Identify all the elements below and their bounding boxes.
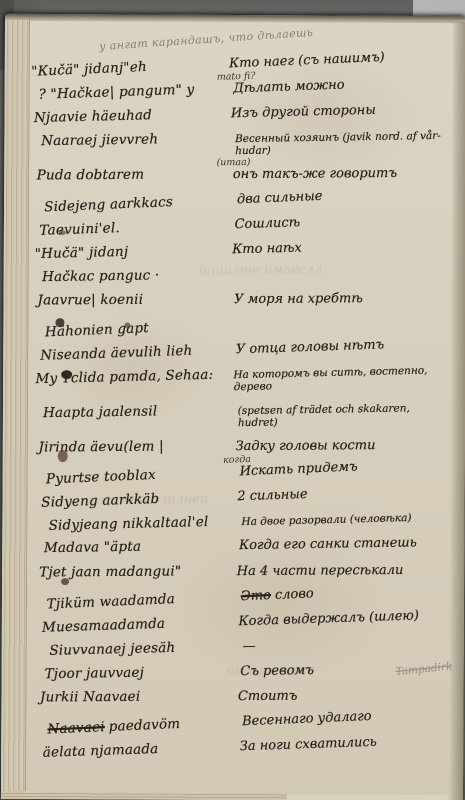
entry-row: Muesamaadamda Когда выдержалъ (шлею) (42, 607, 452, 636)
entry-translation: Стоитъ (238, 688, 453, 704)
entry-word: Sidyeng aarkkäb (41, 489, 230, 510)
entry-row: Tjoor jauvvaej Съ ревомъ Tampadirk (45, 660, 453, 681)
entry-word: Pyurtse tooblax (46, 465, 232, 487)
crossed-out-pencil-note: Tampadirk (395, 661, 453, 678)
manuscript-page: шишлте имаеслл мллcounш шлнеи шеишл нлме… (26, 22, 453, 795)
entry-word: Sidyjeang nikkaltaal'el (48, 514, 233, 533)
entry-word: "Hučä" jidanj (35, 243, 225, 262)
entry-row: ? "Hačkae| pangum" у mato fi? Дѣлать мож… (38, 74, 444, 102)
struck-word: Naavaei (47, 719, 105, 737)
entry-word: Tjet jaan madangui" (39, 564, 229, 580)
inserted-word-above-line: mato fi? (217, 72, 256, 84)
entry-translation: На которомъ вы ситѣ, востепно, дерево (233, 364, 449, 393)
entry-translation (238, 319, 447, 328)
entry-translation: Дѣлать можно (233, 75, 445, 96)
entry-word: Hähonien gapt (45, 318, 231, 340)
entry-translation: Сошлисѣ (234, 212, 446, 233)
entry-word: Puda dobtarem (37, 167, 225, 183)
entry-row: Jaavrue| koenii У моря на хребтѣ (37, 291, 447, 309)
entry-translation: Изъ другой стороны (231, 102, 445, 121)
entry-translation: На двое разорвали (человѣка) (241, 511, 450, 528)
entry-word: Hačkac pangис · (42, 268, 229, 286)
entry-word: Naaraej jievvreh (41, 131, 227, 148)
entry-row: Tjet jaan madangui" На 4 части пересѣкал… (39, 562, 451, 580)
entry-word: Njaavie häeuhad (34, 107, 223, 126)
entry-word: Niseanda äevulih lieh (40, 342, 228, 363)
entry-word: Haapta jaalensil (43, 403, 230, 421)
entry-row: äelata njamaada За ноги схватились (43, 732, 454, 761)
entry-word: Naavaeipaedavöm (47, 714, 234, 736)
entry-row: Haapta jaalensil (spetsen af trädet och … (43, 399, 449, 431)
entry-translation: Когда выдержалъ (шлею) (238, 608, 452, 629)
entry-translation (236, 275, 447, 278)
notebook: шишлте имаеслл мллcounш шлнеи шеишл нлме… (1, 14, 465, 800)
entry-row: Naaraej jievvreh Весенный хозяинъ (javik… (41, 128, 445, 160)
entry-translation: (spetsen af trädet och skakaren, hudret) (238, 401, 450, 428)
photo-of-notebook: шишлте имаеслл мллcounш шлнеи шеишл нлме… (0, 0, 465, 800)
entry-row: Njaavie häeuhad Изъ другой стороны (34, 101, 445, 126)
entry-word: Jirinda äevu(lem | (38, 439, 227, 455)
entry-row: Pyurtse tooblax когда Искать придемъ (46, 455, 450, 487)
entry-translation: На 4 части пересѣкали (237, 563, 452, 579)
entry-translation: Кто наѣх (232, 238, 447, 257)
entry-row: Sidejeng aarkkacs два сильные (44, 184, 446, 216)
entry-word: äelata njamaada (43, 739, 232, 760)
entry-translation: 2 сильные (237, 483, 450, 504)
entry-row: Hačkac pangис · (42, 264, 447, 285)
entry-row: Taevuini'el. Сошлисѣ (39, 211, 446, 240)
entry-row: Hähonien gapt (45, 309, 448, 340)
entry-word: Siuvvanaej jeesäh (49, 639, 235, 658)
entry-row: Niseanda äevulih lieh У отца головы нѣтъ (40, 335, 448, 364)
entry-word: Jurkii Naavaei (40, 689, 230, 705)
entry-translation: Весеннаго удалаго (242, 706, 454, 729)
entry-row: My Yclida pamda, Sehaa: На которомъ вы с… (35, 362, 449, 398)
entry-translation: Съ ревомъ (240, 662, 388, 678)
entry-row: "Hučä" jidanj Кто наѣх (35, 237, 447, 262)
entry-row: Siuvvanaej jeesäh — (49, 634, 452, 659)
entry-word: Sidejeng aarkkacs (44, 193, 229, 215)
entry-translation: Искать придемъ (239, 456, 450, 479)
entry-row: Naavaeipaedavöm Весеннаго удалаго (47, 705, 453, 737)
entry-row: Tjiküm waadamda Этослово (46, 580, 451, 612)
entry-word: Tjoor jauvvaej (45, 664, 233, 682)
entry-translation: Весенный хозяинъ (javik nord. af vår-hud… (235, 130, 446, 157)
entry-translation: За ноги схватились (240, 733, 454, 754)
entry-row: Madava "äpta Когда его санки станешь (44, 535, 451, 556)
entry-translation: Когда его санки станешь (239, 536, 451, 553)
entry-word: Madava "äpta (44, 539, 231, 557)
entry-row: Sidyeng aarkkäb 2 сильные (41, 482, 450, 511)
entry-word: Taevuini'el. (39, 218, 227, 239)
entry-translation: У отца головы нѣтъ (236, 336, 449, 357)
entry-row: Jurkii Naavaei Стоитъ (40, 687, 453, 705)
entry-word: Tjiküm waadamda (46, 589, 233, 611)
entry-translation: У моря на хребтѣ (234, 292, 447, 308)
entry-translation: два сильные (237, 185, 446, 208)
entry-word: My Yclida pamda, Sehaa: (35, 367, 225, 386)
entry-word: Jaavrue| koenii (37, 292, 226, 308)
entry-word: Muesamaadamda (42, 614, 231, 635)
pencil-header-note: у ангат карандашъ, что дѣлаешь (99, 17, 444, 53)
page-content: у ангат карандашъ, что дѣлаешь "Кučä" ji… (31, 24, 455, 795)
entry-row: Puda dobtarem (umaa) онъ такъ-же говорит… (37, 166, 446, 184)
entry-list: "Кučä" jidanj"eh Кто наег (съ нашимъ) ? … (31, 53, 454, 756)
entry-translation: онъ такъ-же говоритъ (233, 167, 446, 183)
entry-translation: Задку головы кости (236, 438, 450, 454)
entry-translation: — (243, 635, 453, 654)
inserted-word-above-line: (umaa) (217, 158, 251, 168)
entry-translation: Кто наег (съ нашимъ) (229, 48, 444, 71)
inserted-word-above-line: когда (223, 455, 251, 466)
entry-word: "Кučä" jidanj"eh (31, 57, 221, 80)
entry-row: Sidyjeang nikkaltaal'el На двое разорвал… (48, 509, 450, 533)
struck-translation-word: Это (241, 588, 272, 604)
entry-translation: Этослово (241, 581, 452, 604)
entry-word: ? "Hačkae| pangum" у (38, 82, 225, 103)
entry-row: Jirinda äevu(lem | Задку головы кости (38, 437, 449, 455)
